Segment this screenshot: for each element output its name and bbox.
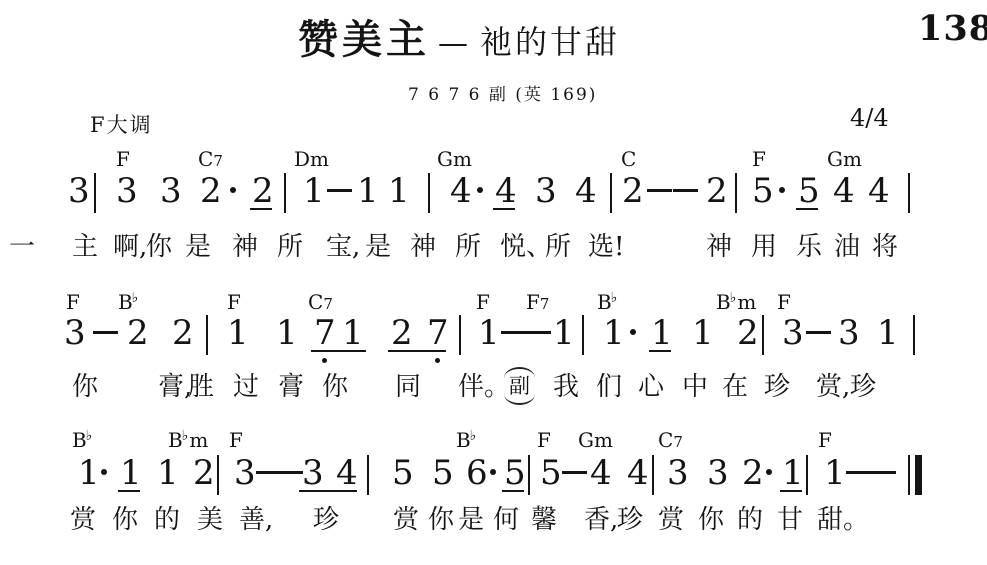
duration-dot: [630, 329, 636, 335]
duration-dash: [806, 331, 831, 334]
lyric: 珍: [313, 507, 339, 533]
note: 7: [314, 316, 336, 350]
lyric: 主: [72, 234, 98, 260]
barline: [913, 315, 915, 355]
duration-dot: [230, 187, 236, 193]
duration-dash: [562, 471, 587, 474]
note: 3: [160, 174, 182, 208]
lyric: 所: [545, 234, 571, 260]
chord-label: B♭: [456, 430, 477, 450]
note: 1: [388, 174, 410, 208]
time-signature: 4/4: [850, 104, 889, 132]
chord-label: F: [777, 292, 791, 312]
eighth-underline: [118, 490, 140, 492]
eighth-underline: [250, 208, 272, 210]
sheet-music-page: 138 赞美主 — 祂的甘甜 7 6 7 6 副 (英 169) F大调 4/4…: [0, 0, 987, 565]
note: 3: [302, 456, 324, 490]
note: 1: [157, 456, 179, 490]
lyric: 中: [682, 374, 708, 400]
lyric: 宝,: [326, 234, 360, 260]
note: 1: [553, 316, 575, 350]
barline: [284, 173, 286, 213]
note: 2: [737, 316, 759, 350]
duration-dash: [871, 471, 896, 474]
lyric: 你: [698, 507, 724, 533]
lyric: 油: [834, 234, 860, 260]
note: 1: [227, 316, 249, 350]
lyric: 用: [751, 234, 777, 260]
lyric: 善,: [239, 507, 273, 533]
note: 1: [824, 456, 846, 490]
lyric: 伴。: [458, 374, 510, 400]
duration-dot: [101, 469, 107, 475]
lyric: 们: [596, 374, 622, 400]
chord-label: F: [476, 292, 490, 312]
barline: [806, 455, 808, 495]
lyric: 的: [737, 507, 763, 533]
barline: [762, 315, 764, 355]
barline: [459, 315, 461, 355]
note: 2: [622, 174, 644, 208]
chord-label: B♭m: [168, 430, 208, 450]
note: 1: [357, 174, 379, 208]
eighth-underline: [388, 350, 446, 352]
duration-dash: [673, 189, 698, 192]
duration-dash: [846, 471, 871, 474]
chord-label: Dm: [294, 149, 329, 169]
low-octave-dot: [322, 358, 327, 363]
note: 4: [868, 174, 890, 208]
note: 3: [782, 316, 804, 350]
barline: [582, 315, 584, 355]
lyric: 啊,: [113, 234, 147, 260]
lyric: 是: [365, 234, 391, 260]
barline: [367, 455, 369, 495]
lyric: 珍: [617, 507, 643, 533]
eighth-underline: [311, 350, 366, 352]
note: 4: [627, 456, 649, 490]
note: 3: [116, 174, 138, 208]
note: 1: [303, 174, 325, 208]
note: 3: [707, 456, 729, 490]
note: 6: [466, 456, 488, 490]
chord-label: F: [537, 430, 551, 450]
lyric: 你: [112, 507, 138, 533]
lyric: 何: [493, 507, 519, 533]
eighth-underline: [796, 208, 818, 210]
duration-dash: [501, 331, 526, 334]
lyric: 胜: [188, 374, 214, 400]
barline: [428, 173, 430, 213]
note: 3: [64, 316, 86, 350]
eighth-underline: [493, 208, 515, 210]
lyric: 是: [185, 234, 211, 260]
lyric: 你: [146, 234, 172, 260]
hymn-title: 赞美主 — 祂的甘甜: [298, 8, 620, 65]
chord-label: F: [229, 430, 243, 450]
chord-label: B♭m: [716, 292, 756, 312]
lyric: 神: [232, 234, 258, 260]
note: 4: [833, 174, 855, 208]
barline: [217, 455, 219, 495]
eighth-underline: [502, 490, 524, 492]
note: 4: [575, 174, 597, 208]
chord-label: F7: [526, 292, 549, 312]
note: 3: [667, 456, 689, 490]
note: 5: [432, 456, 454, 490]
lyric: 我: [553, 374, 579, 400]
barline: [908, 173, 910, 213]
note: 3: [234, 456, 256, 490]
barline: [94, 173, 96, 213]
lyric: 你: [428, 507, 454, 533]
chord-label: C: [621, 149, 636, 169]
lyric: 过: [233, 374, 259, 400]
chord-label: F: [752, 149, 766, 169]
title-subtitle: 祂的甘甜: [480, 17, 620, 63]
note: 1: [651, 316, 673, 350]
lyric: 香,: [584, 507, 618, 533]
hymn-number: 138: [918, 8, 987, 49]
barline: [610, 173, 612, 213]
refrain-mark: 副: [506, 375, 533, 398]
lyric: 是: [458, 507, 484, 533]
chord-label: F: [66, 292, 80, 312]
chord-label: B♭: [118, 292, 139, 312]
chord-label: F: [818, 430, 832, 450]
chord-label: C7: [658, 430, 683, 450]
barline: [735, 173, 737, 213]
lyric: 一: [9, 234, 35, 260]
chord-label: B♭: [597, 292, 618, 312]
low-octave-dot: [435, 358, 440, 363]
note: 7: [427, 316, 449, 350]
duration-dash: [526, 331, 551, 334]
note: 2: [193, 456, 215, 490]
chord-label: C7: [308, 292, 333, 312]
chord-label: F: [227, 292, 241, 312]
note: 4: [450, 174, 472, 208]
lyric: 甘: [777, 507, 803, 533]
lyric: 膏: [278, 374, 304, 400]
lyric: 神: [410, 234, 436, 260]
note: 1: [78, 456, 100, 490]
note: 3: [68, 174, 90, 208]
title-dash: —: [438, 26, 468, 61]
note: 3: [838, 316, 860, 350]
note: 2: [127, 316, 149, 350]
note: 1: [478, 316, 500, 350]
lyric: 赏: [70, 507, 96, 533]
lyric: 赏: [658, 507, 684, 533]
note: 4: [495, 174, 517, 208]
duration-dash: [278, 471, 303, 474]
note: 4: [336, 456, 358, 490]
lyric: 美: [197, 507, 223, 533]
note: 1: [120, 456, 142, 490]
note: 2: [706, 174, 728, 208]
note: 2: [391, 316, 413, 350]
chord-label: Gm: [578, 430, 613, 450]
chord-label: C7: [198, 149, 223, 169]
lyric: 在: [722, 374, 748, 400]
note: 5: [504, 456, 526, 490]
chord-label: Gm: [437, 149, 472, 169]
barline: [652, 455, 654, 495]
barline: [528, 455, 530, 495]
duration-dash: [93, 331, 118, 334]
lyric: 乐: [796, 234, 822, 260]
lyric: 所: [277, 234, 303, 260]
lyric: 赏: [393, 507, 419, 533]
title-main: 赞美主: [298, 8, 430, 65]
barline: [206, 315, 208, 355]
lyric: 珍: [764, 374, 790, 400]
note: 2: [172, 316, 194, 350]
lyric: 的: [154, 507, 180, 533]
lyric: 你: [72, 374, 98, 400]
note: 5: [798, 174, 820, 208]
note: 1: [276, 316, 298, 350]
lyric: 所: [455, 234, 481, 260]
note: 1: [603, 316, 625, 350]
note: 5: [540, 456, 562, 490]
lyric: 心: [638, 374, 664, 400]
note: 1: [342, 316, 364, 350]
lyric: 甜。: [817, 507, 869, 533]
note: 3: [535, 174, 557, 208]
meter-info: 7 6 7 6 副 (英 169): [408, 80, 597, 105]
note: 5: [752, 174, 774, 208]
lyric: 选!: [588, 234, 624, 260]
key-signature: F大调: [90, 109, 153, 139]
lyric: 馨: [531, 507, 557, 533]
lyric: 将: [872, 234, 898, 260]
note: 1: [692, 316, 714, 350]
note: 1: [877, 316, 899, 350]
note: 1: [782, 456, 804, 490]
duration-dot: [490, 469, 496, 475]
final-barline: [908, 455, 924, 495]
eighth-underline: [649, 350, 671, 352]
chord-label: F: [116, 149, 130, 169]
note: 2: [200, 174, 222, 208]
note: 2: [742, 456, 764, 490]
eighth-underline: [299, 490, 357, 492]
chord-label: B♭: [72, 430, 93, 450]
duration-dash: [327, 189, 352, 192]
lyric: 你: [322, 374, 348, 400]
lyric: 神: [706, 234, 732, 260]
lyric: 同: [395, 374, 421, 400]
duration-dot: [779, 187, 785, 193]
note: 5: [392, 456, 414, 490]
eighth-underline: [780, 490, 802, 492]
lyric: 珍: [850, 374, 876, 400]
chord-label: Gm: [827, 149, 862, 169]
duration-dot: [766, 469, 772, 475]
lyric: 赏,: [816, 374, 850, 400]
note: 4: [590, 456, 612, 490]
duration-dot: [477, 187, 483, 193]
note: 2: [252, 174, 274, 208]
duration-dash: [647, 189, 672, 192]
